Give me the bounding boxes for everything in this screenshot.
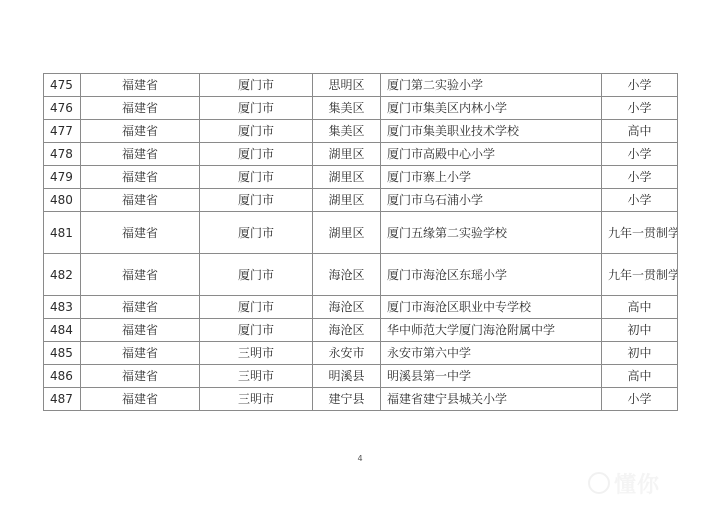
province-cell: 福建省: [81, 212, 200, 254]
city-cell: 厦门市: [200, 120, 313, 143]
row-number: 479: [44, 166, 81, 189]
province-cell: 福建省: [81, 319, 200, 342]
row-number: 486: [44, 365, 81, 388]
city-cell: 厦门市: [200, 212, 313, 254]
table-row: 487 福建省 三明市 建宁县 福建省建宁县城关小学 小学: [44, 388, 678, 411]
city-cell: 厦门市: [200, 166, 313, 189]
school-list-table: 475 福建省 厦门市 思明区 厦门第二实验小学 小学 476 福建省 厦门市 …: [43, 73, 678, 411]
city-cell: 三明市: [200, 342, 313, 365]
district-cell: 湖里区: [313, 189, 381, 212]
table-row: 482 福建省 厦门市 海沧区 厦门市海沧区东瑶小学 九年一贯制学校: [44, 254, 678, 296]
province-cell: 福建省: [81, 189, 200, 212]
school-type-cell: 高中: [602, 365, 678, 388]
document-page: 475 福建省 厦门市 思明区 厦门第二实验小学 小学 476 福建省 厦门市 …: [0, 0, 720, 509]
school-name-cell: 厦门市寨上小学: [381, 166, 602, 189]
city-cell: 三明市: [200, 388, 313, 411]
row-number: 484: [44, 319, 81, 342]
school-name-cell: 明溪县第一中学: [381, 365, 602, 388]
province-cell: 福建省: [81, 388, 200, 411]
province-cell: 福建省: [81, 97, 200, 120]
city-cell: 三明市: [200, 365, 313, 388]
table-row: 477 福建省 厦门市 集美区 厦门市集美职业技术学校 高中: [44, 120, 678, 143]
province-cell: 福建省: [81, 254, 200, 296]
row-number: 475: [44, 74, 81, 97]
row-number: 485: [44, 342, 81, 365]
city-cell: 厦门市: [200, 74, 313, 97]
school-name-cell: 厦门市集美区内林小学: [381, 97, 602, 120]
school-type-cell: 九年一贯制学校: [602, 254, 678, 296]
school-name-cell: 厦门市集美职业技术学校: [381, 120, 602, 143]
row-number: 487: [44, 388, 81, 411]
city-cell: 厦门市: [200, 296, 313, 319]
district-cell: 思明区: [313, 74, 381, 97]
table-body: 475 福建省 厦门市 思明区 厦门第二实验小学 小学 476 福建省 厦门市 …: [44, 74, 678, 411]
district-cell: 湖里区: [313, 166, 381, 189]
row-number: 483: [44, 296, 81, 319]
city-cell: 厦门市: [200, 319, 313, 342]
city-cell: 厦门市: [200, 254, 313, 296]
school-type-cell: 小学: [602, 97, 678, 120]
school-type-cell: 小学: [602, 388, 678, 411]
district-cell: 海沧区: [313, 254, 381, 296]
watermark-logo-icon: [588, 472, 610, 494]
city-cell: 厦门市: [200, 143, 313, 166]
province-cell: 福建省: [81, 365, 200, 388]
table-row: 483 福建省 厦门市 海沧区 厦门市海沧区职业中专学校 高中: [44, 296, 678, 319]
table-row: 484 福建省 厦门市 海沧区 华中师范大学厦门海沧附属中学 初中: [44, 319, 678, 342]
province-cell: 福建省: [81, 74, 200, 97]
school-name-cell: 永安市第六中学: [381, 342, 602, 365]
district-cell: 建宁县: [313, 388, 381, 411]
province-cell: 福建省: [81, 120, 200, 143]
school-name-cell: 厦门市海沧区职业中专学校: [381, 296, 602, 319]
watermark-text: 懂你: [614, 468, 660, 499]
school-type-cell: 初中: [602, 342, 678, 365]
school-name-cell: 华中师范大学厦门海沧附属中学: [381, 319, 602, 342]
district-cell: 海沧区: [313, 296, 381, 319]
district-cell: 湖里区: [313, 143, 381, 166]
table-row: 480 福建省 厦门市 湖里区 厦门市乌石浦小学 小学: [44, 189, 678, 212]
watermark: 懂你: [588, 468, 712, 498]
district-cell: 明溪县: [313, 365, 381, 388]
school-type-cell: 小学: [602, 74, 678, 97]
school-type-cell: 小学: [602, 166, 678, 189]
school-type-cell: 小学: [602, 189, 678, 212]
city-cell: 厦门市: [200, 97, 313, 120]
table-row: 476 福建省 厦门市 集美区 厦门市集美区内林小学 小学: [44, 97, 678, 120]
page-number: 4: [0, 454, 720, 463]
school-name-cell: 厦门第二实验小学: [381, 74, 602, 97]
school-name-cell: 厦门五缘第二实验学校: [381, 212, 602, 254]
province-cell: 福建省: [81, 143, 200, 166]
row-number: 477: [44, 120, 81, 143]
district-cell: 湖里区: [313, 212, 381, 254]
province-cell: 福建省: [81, 342, 200, 365]
school-name-cell: 厦门市海沧区东瑶小学: [381, 254, 602, 296]
district-cell: 集美区: [313, 97, 381, 120]
province-cell: 福建省: [81, 296, 200, 319]
school-type-cell: 小学: [602, 143, 678, 166]
school-name-cell: 福建省建宁县城关小学: [381, 388, 602, 411]
row-number: 481: [44, 212, 81, 254]
row-number: 476: [44, 97, 81, 120]
school-type-cell: 初中: [602, 319, 678, 342]
school-type-cell: 高中: [602, 296, 678, 319]
table-row: 478 福建省 厦门市 湖里区 厦门市高殿中心小学 小学: [44, 143, 678, 166]
table-row: 486 福建省 三明市 明溪县 明溪县第一中学 高中: [44, 365, 678, 388]
district-cell: 海沧区: [313, 319, 381, 342]
row-number: 482: [44, 254, 81, 296]
school-type-cell: 九年一贯制学校: [602, 212, 678, 254]
school-name-cell: 厦门市乌石浦小学: [381, 189, 602, 212]
row-number: 480: [44, 189, 81, 212]
row-number: 478: [44, 143, 81, 166]
province-cell: 福建省: [81, 166, 200, 189]
city-cell: 厦门市: [200, 189, 313, 212]
school-name-cell: 厦门市高殿中心小学: [381, 143, 602, 166]
school-type-cell: 高中: [602, 120, 678, 143]
table-row: 481 福建省 厦门市 湖里区 厦门五缘第二实验学校 九年一贯制学校: [44, 212, 678, 254]
district-cell: 永安市: [313, 342, 381, 365]
table-row: 485 福建省 三明市 永安市 永安市第六中学 初中: [44, 342, 678, 365]
table-row: 475 福建省 厦门市 思明区 厦门第二实验小学 小学: [44, 74, 678, 97]
table-row: 479 福建省 厦门市 湖里区 厦门市寨上小学 小学: [44, 166, 678, 189]
district-cell: 集美区: [313, 120, 381, 143]
